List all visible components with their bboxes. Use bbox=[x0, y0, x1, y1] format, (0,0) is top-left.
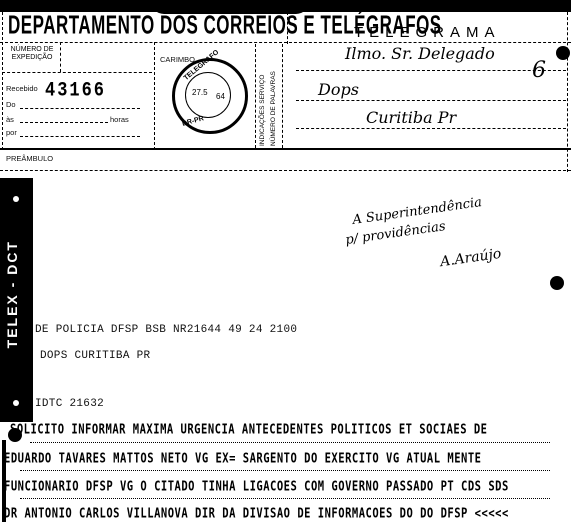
address-line-1 bbox=[296, 70, 566, 71]
page-mark: 6 bbox=[532, 58, 546, 83]
horas-label: horas bbox=[110, 115, 129, 124]
por-label: por bbox=[6, 128, 17, 137]
message-rule-1 bbox=[30, 442, 550, 443]
form-top-rule bbox=[0, 42, 571, 43]
numero-box-divider bbox=[60, 42, 61, 72]
recebido-number: 43166 bbox=[45, 80, 106, 103]
preambulo-bottom-rule bbox=[0, 170, 571, 171]
address-line-3 bbox=[296, 128, 566, 129]
message-line-3: FUNCIONARIO DFSP VG O CITADO TINHA LIGAC… bbox=[4, 479, 509, 494]
message-rule-2 bbox=[20, 470, 550, 471]
side-label-palavras: NÚMERO DE PALAVRAS bbox=[270, 52, 277, 146]
message-line-1: SOLICITO INFORMAR MAXIMA URGENCIA ANTECE… bbox=[10, 422, 488, 437]
addressee-line-1: Ilmo. Sr. Delegado bbox=[345, 44, 495, 63]
punch-hole-bottom bbox=[550, 276, 564, 290]
por-field-line bbox=[20, 136, 140, 137]
do-label: Do bbox=[6, 100, 16, 109]
preambulo-label: PREÂMBULO bbox=[6, 154, 53, 163]
numero-expedicao-label: NÚMERO DE EXPEDIÇÃO bbox=[8, 46, 56, 62]
message-line-2: EDUARDO TAVARES MATTOS NETO VG EX= SARGE… bbox=[4, 451, 482, 466]
form-left-rule bbox=[2, 12, 3, 150]
numero-box-bottom bbox=[2, 72, 152, 73]
do-field-line bbox=[20, 108, 140, 109]
stamp-year: 64 bbox=[216, 92, 225, 101]
address-line-2 bbox=[296, 100, 566, 101]
punch-hole-top bbox=[556, 46, 570, 60]
addressee-line-2: Dops bbox=[318, 80, 359, 99]
telex-destination-line: DOPS CURITIBA PR bbox=[40, 350, 150, 362]
telex-band-dot-bottom bbox=[13, 400, 19, 406]
telex-reference: IDTC 21632 bbox=[35, 398, 104, 410]
telex-band-label: TELEX - DCT bbox=[4, 240, 20, 348]
stamp-date: 27.5 bbox=[192, 88, 208, 97]
recebido-label: Recebido bbox=[6, 84, 38, 93]
message-rule-3 bbox=[20, 498, 550, 499]
annotation-signature: A.Araújo bbox=[439, 246, 502, 270]
header-divider bbox=[287, 12, 288, 44]
telex-origin-line: DE POLICIA DFSP BSB NR21644 49 24 2100 bbox=[35, 324, 297, 336]
side-label-indicacoes: INDICAÇÕES SERVIÇO bbox=[259, 52, 266, 146]
form-type-title: TELEGRAMA bbox=[354, 24, 501, 41]
left-scan-edge bbox=[2, 440, 6, 522]
addressee-line-3: Curitiba Pr bbox=[366, 108, 456, 127]
side-labels-right-rule bbox=[282, 44, 283, 148]
carimbo-right-rule bbox=[255, 44, 256, 148]
telex-band-dot-top bbox=[13, 196, 19, 202]
message-line-4: DR ANTONIO CARLOS VILLANOVA DIR DA DIVIS… bbox=[4, 506, 509, 521]
carimbo-left-rule bbox=[154, 42, 155, 150]
as-field-line bbox=[20, 122, 108, 123]
as-label: às bbox=[6, 115, 14, 124]
preambulo-top-rule bbox=[0, 148, 571, 150]
